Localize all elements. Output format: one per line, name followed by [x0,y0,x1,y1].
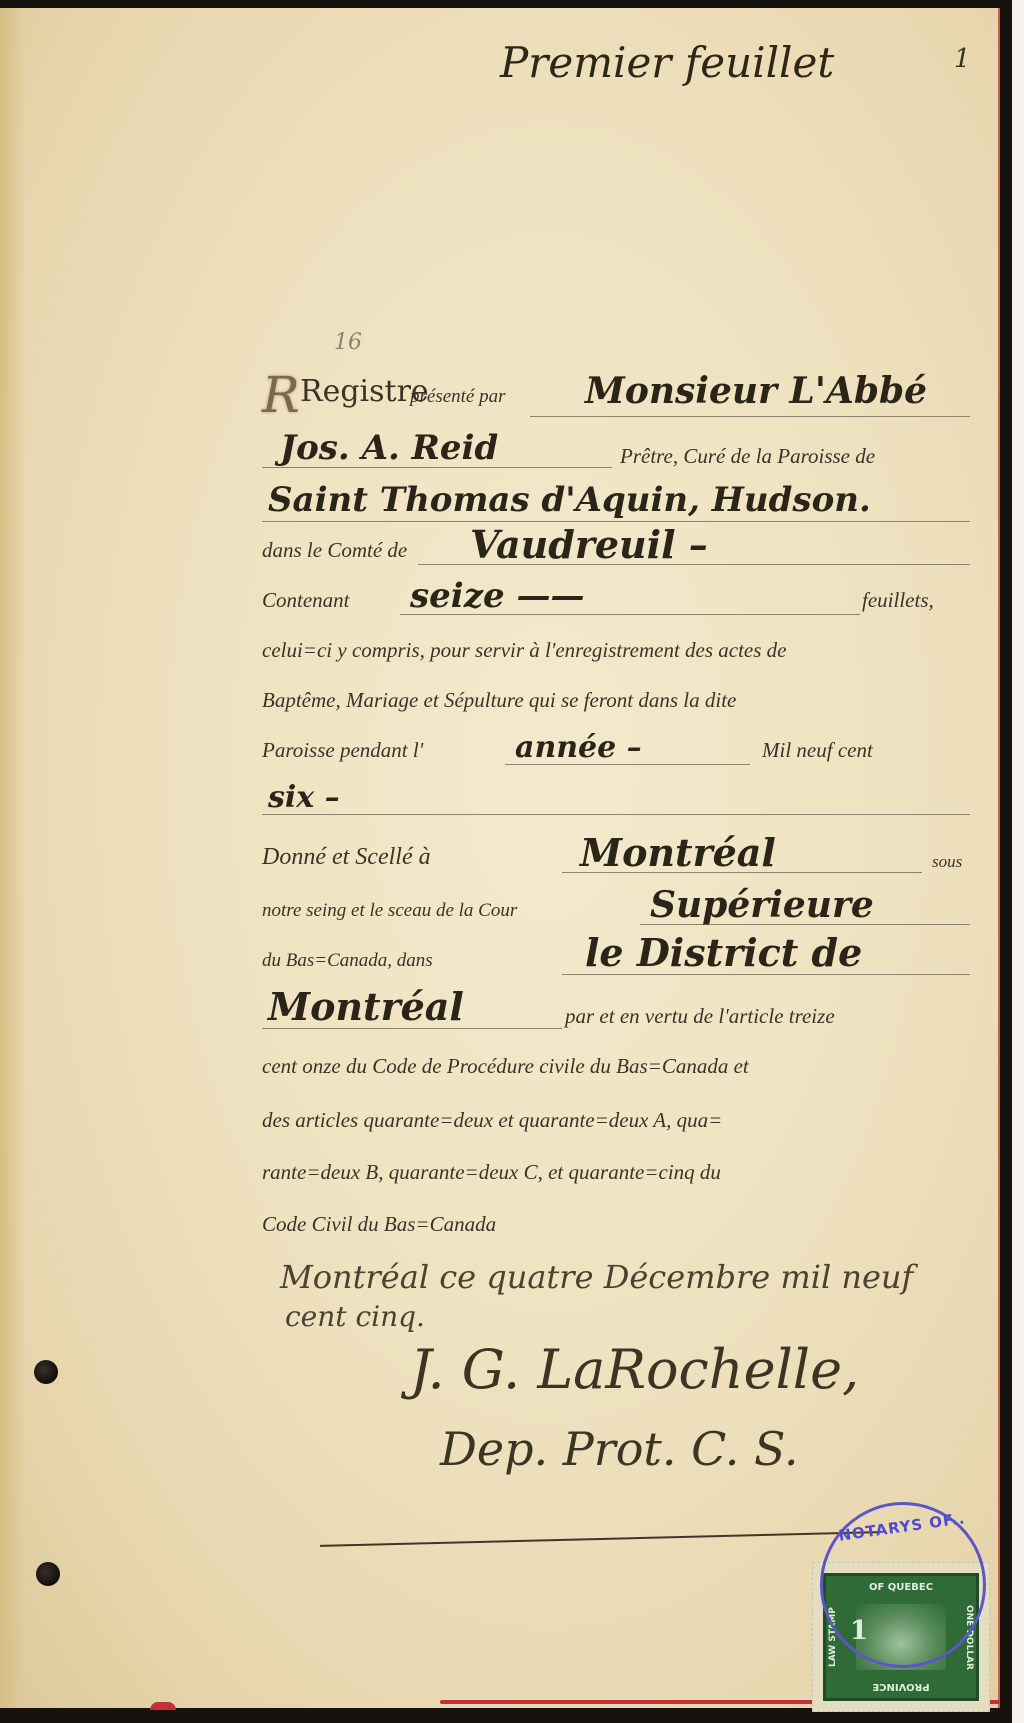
printed-text: sous [932,852,962,872]
printed-text: Code Civil du Bas=Canada [262,1212,496,1237]
printed-text: Mil neuf cent [762,738,873,763]
punch-hole [36,1562,60,1586]
printed-text: des articles quarante=deux et quarante=d… [262,1108,722,1133]
handwritten-entry: Monsieur L'Abbé [585,370,927,412]
punch-hole [34,1360,58,1384]
handwritten-entry: seize —— [410,576,584,616]
signature-rule [320,1531,880,1547]
printed-text: Baptême, Mariage et Sépulture qui se fer… [262,688,736,713]
register-page: Premier feuillet 1 16 R Registre présent… [0,8,1000,1708]
printed-text: Prêtre, Curé de la Paroisse de [620,444,875,469]
handwritten-entry: Saint Thomas d'Aquin, Hudson. [268,480,871,520]
printed-text: du Bas=Canada, dans [262,950,433,972]
printed-text: celui=ci y compris, pour servir à l'enre… [262,638,787,663]
folio-mark: 16 [334,330,362,355]
handwritten-entry: Supérieure [650,884,874,926]
form-rule [530,416,970,417]
handwritten-entry: année – [515,730,642,765]
signature-name: J. G. LaRochelle, [410,1338,859,1401]
printed-text: par et en vertu de l'article treize [565,1004,835,1029]
page-number: 1 [954,44,971,74]
handwritten-entry: le District de [585,930,862,975]
handwritten-entry: Montréal [580,830,776,875]
printed-text: feuillets, [862,588,934,613]
printed-text: Contenant [262,588,350,613]
page-edge-red-mark [150,1702,176,1710]
printed-text: présenté par [410,386,506,408]
printed-text: Donné et Scellé à [262,844,431,871]
printed-text: cent onze du Code de Procédure civile du… [262,1054,749,1079]
dateline: Montréal ce quatre Décembre mil neuf [280,1258,913,1296]
printed-text: rante=deux B, quarante=deux C, et quaran… [262,1160,721,1185]
printed-text: notre seing et le sceau de la Cour [262,900,517,922]
form-rule [262,814,970,815]
dateline-continued: cent cinq. [285,1300,425,1333]
handwritten-entry: Montréal [268,984,464,1029]
handwritten-entry: six – [268,780,340,815]
handwritten-entry: Jos. A. Reid [280,428,498,468]
printed-text: dans le Comté de [262,538,407,563]
signature-title: Dep. Prot. C. S. [440,1422,798,1476]
printed-text: Paroisse pendant l' [262,738,423,763]
page-heading: Premier feuillet [500,38,834,87]
handwritten-entry: Vaudreuil – [470,522,708,567]
